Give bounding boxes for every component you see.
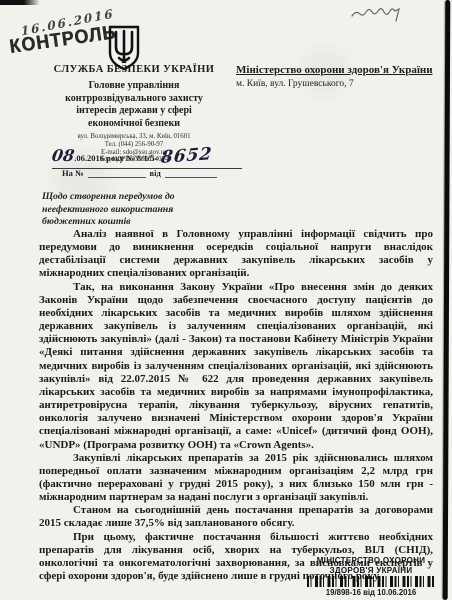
ministry-stamp-number: 19/898-16 від 10.06.2016 [302,588,440,597]
sender-department-line: Головне управління [38,80,230,93]
scanned-letter-page: 16.06.2016 КОНТРОЛЬ СЛУЖБА БЕЗПЕКИ УКРАЇ… [0,0,452,600]
subject-note: Щодо створення передумов до неефективног… [42,191,175,229]
recipient-block: Міністерство охорони здоров'я України м.… [236,64,446,89]
barcode-icon [307,576,435,587]
body-paragraph: Станом на сьогоднішній день постачання п… [39,504,433,530]
outgoing-ref-line: 08.06.2016 року № 8/1/5- 8652 [52,146,242,169]
reply-no-label: На № [62,168,84,178]
recipient-address: м. Київ, вул. Грушевського, 7 [236,79,446,89]
ref-handwritten-number: 8652 [160,144,213,168]
page-edge-scan-line [443,0,451,600]
sender-department-line: інтересів держави у сфері [38,105,230,118]
ministry-received-stamp: МІНІСТЕРСТВО ОХОРОНИ ЗДОРОВ'Я УКРАЇНИ 19… [302,556,440,597]
ministry-stamp-line2: ЗДОРОВ'Я УКРАЇНИ [302,566,440,576]
reply-from-label: від [150,168,161,178]
body-paragraph: Закупівлі лікарських препаратів за 2015 … [39,452,433,505]
subject-line: Щодо створення передумов до [42,191,175,204]
body-paragraph: Так, на виконання Закону України «Про вн… [39,281,433,452]
recipient-name: Міністерство охорони здоров'я України [236,64,446,76]
handwritten-scribble [350,4,408,24]
scan-corner-mark [0,0,40,5]
ministry-stamp-line1: МІНІСТЕРСТВО ОХОРОНИ [302,556,440,566]
sender-org-name: СЛУЖБА БЕЗПЕКИ УКРАЇНИ [38,64,230,75]
reply-ref-line: На №від [62,168,217,178]
subject-line: неефективного використання [42,204,175,217]
reply-no-blank [88,169,146,178]
reply-from-blank [165,169,217,178]
sender-department: Головне управління контррозвідувального … [38,80,230,130]
body-paragraph: Аналіз наявної в Головному управлінні ін… [39,228,433,281]
ref-typed-part: .06.2016 року № 8/1/5- [74,153,157,163]
letter-body: Аналіз наявної в Головному управлінні ін… [39,228,433,583]
sender-address: вул. Володимирська, 33, м. Київ, 01601 [38,133,230,141]
ref-handwritten-day: 08 [51,146,76,165]
subject-line: бюджетних коштів [42,216,175,229]
sender-department-line: контррозвідувального захисту [38,93,230,106]
sender-department-line: економічної безпеки [38,118,230,131]
